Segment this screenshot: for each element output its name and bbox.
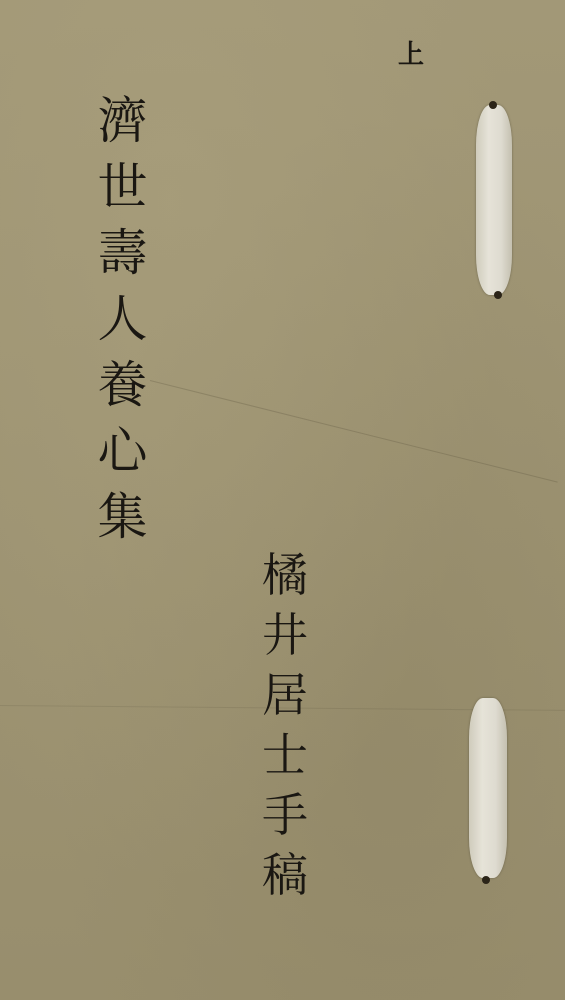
binding-paper-tie-top (476, 105, 512, 295)
binding-hole-icon (494, 291, 502, 299)
title-char: 人 (98, 286, 148, 352)
author-char: 井 (262, 605, 308, 665)
title-char: 壽 (98, 220, 148, 286)
author-char: 稿 (262, 845, 308, 905)
title-char: 養 (98, 352, 148, 418)
author-line: 橘 井 居 士 手 稿 (245, 545, 325, 905)
author-char: 居 (262, 665, 308, 725)
title-char: 心 (98, 418, 148, 484)
author-char: 橘 (262, 545, 308, 605)
title-char: 濟 (98, 88, 148, 154)
title-char: 集 (98, 484, 148, 550)
binding-paper-tie-bottom (469, 698, 507, 878)
author-char: 士 (262, 725, 308, 785)
author-char: 手 (262, 785, 308, 845)
paper-crease (150, 380, 558, 483)
title-char: 世 (98, 154, 148, 220)
binding-hole-icon (489, 101, 497, 109)
binding-hole-icon (482, 876, 490, 884)
book-title: 濟 世 壽 人 養 心 集 (85, 88, 160, 550)
book-cover: 上 濟 世 壽 人 養 心 集 橘 井 居 士 手 稿 (0, 0, 565, 1000)
volume-mark: 上 (398, 42, 424, 68)
